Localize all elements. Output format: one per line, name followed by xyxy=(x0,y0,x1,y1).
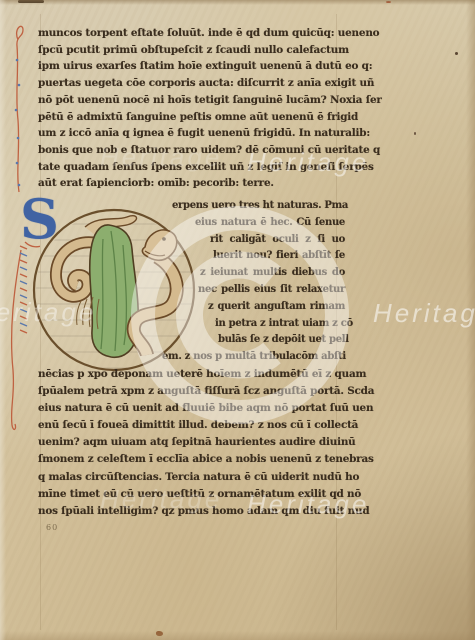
text-line: z querit anguſtam rimam xyxy=(208,300,345,313)
text-line: muncos torpent eſtate ſoluūt. inde ē qd … xyxy=(38,25,346,42)
text-line: z ieiunat multis diebus do xyxy=(200,266,345,279)
text-line: um z iccō anīa q ignea ē fugit uenenū fr… xyxy=(38,125,346,142)
text-line: luerit nou? fieri abſtīt ſe xyxy=(213,249,345,262)
text-line: ſpcū pcutit primū obſtupeſcit z ſcaudi n… xyxy=(38,42,346,59)
ink-stain xyxy=(156,631,163,636)
folio-number: 60 xyxy=(46,523,58,532)
page-edge-right xyxy=(466,0,475,640)
text-block-bottom: nēcias p xpo deponam ueterē hoīem z indu… xyxy=(38,366,346,520)
page-edge-bottom xyxy=(0,631,475,640)
text-line: in petra z intrat uiam z cō xyxy=(215,317,345,330)
text-line: eius natura ē cū uenit ad fluuiē bibe aq… xyxy=(38,400,346,417)
text-line: erpens uero tres ht naturas. Pma xyxy=(172,199,345,212)
text-line: puertas uegeta cōe corporis aucta: diſcu… xyxy=(38,75,346,92)
serpent-head xyxy=(142,230,176,260)
text-line: nec pellis eius ſit relaxetur xyxy=(198,283,345,296)
text-line: tate quadam ſenſus ſpens excellit uñ z l… xyxy=(38,159,346,176)
text-line: ſpūalem petrā xpm z anguſtā fiſſurā ſcz … xyxy=(38,383,346,400)
text-line: ipm uirus exarſes ſtatim hoīe extinguit … xyxy=(38,58,346,75)
ink-speck xyxy=(455,52,458,55)
text-line: ſmonem z celeſtem ī ecclīa abice a nobis… xyxy=(38,451,346,468)
ink-speck xyxy=(414,132,416,135)
text-line: uenim? aqm uiuam atq ſepitnā haurientes … xyxy=(38,434,346,451)
serpent-body xyxy=(134,257,177,355)
text-line: nō pōt uenenū nocē ni hoīs tetigit ſangu… xyxy=(38,92,346,109)
page-edge-top xyxy=(0,0,475,5)
text-block-top: muncos torpent eſtate ſoluūt. inde ē qd … xyxy=(38,25,346,192)
text-line: eius natura ē hec. Cū ſenue xyxy=(195,216,345,229)
text-line: pētū ē admixtū ſanguine peſtis omne aūt … xyxy=(38,109,346,126)
text-line: enū ſecū ī foueā dimittit illud. debem? … xyxy=(38,417,346,434)
text-line: bonis que nob e ſtatuor raro uidem? dē c… xyxy=(38,142,346,159)
text-line: rit caligāt oculi z ſi uo xyxy=(210,233,345,246)
penwork-column xyxy=(20,246,27,333)
text-line: em. z nos p multā tribulacōm abſti xyxy=(162,350,345,363)
manuscript-page-photo: S muncos torpen xyxy=(0,0,475,640)
text-line: q malas circūſtencias. Tercia natura ē c… xyxy=(38,469,346,486)
ink-speck xyxy=(18,0,44,3)
heritage-watermark: Heritage xyxy=(373,298,475,329)
text-line: nēcias p xpo deponam ueterē hoīem z indu… xyxy=(38,366,346,383)
text-line: aūt erat ſapienciorb: omīb: pecorib: ter… xyxy=(38,175,346,192)
text-line: bulās ſe z depōit uet pell xyxy=(218,333,345,346)
text-line: mīne timet eū cū uero ueſtitū z ornamēta… xyxy=(38,486,346,503)
ink-speck xyxy=(386,1,391,3)
text-line: nos ſpūali intelligim? qz pmus homo adam… xyxy=(38,503,346,520)
serpent-eye xyxy=(162,237,166,241)
